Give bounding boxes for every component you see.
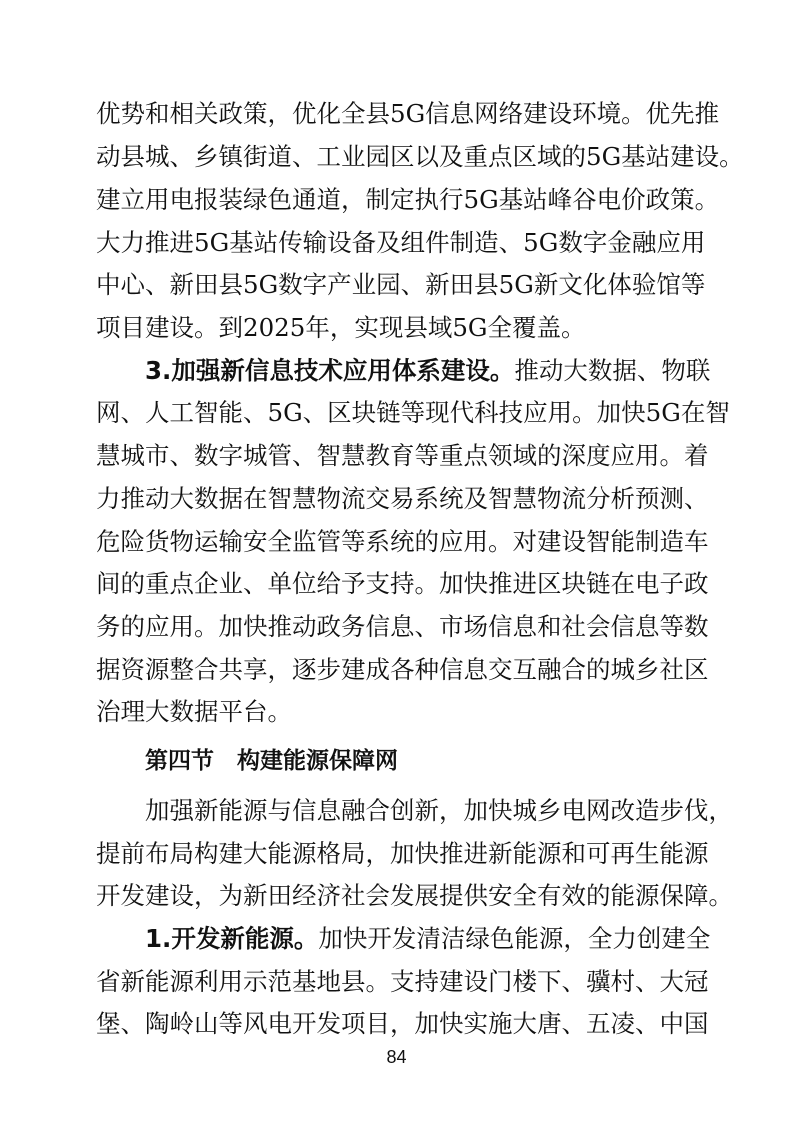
body-text-line: 危险货物运输安全监管等系统的应用。对建设智能制造车 (96, 526, 700, 558)
body-text-line: 慧城市、数字城管、智慧教育等重点领域的深度应用。着 (96, 440, 700, 472)
item-1-title: 1.开发新能源。 (145, 924, 318, 953)
body-text-line: 网、人工智能、5G、区块链等现代科技应用。加快5G在智 (96, 397, 700, 429)
item-3-title: 3.加强新信息技术应用体系建设。 (145, 356, 514, 385)
body-text-line: 治理大数据平台。 (96, 696, 700, 728)
document-page: 优势和相关政策，优化全县5G信息网络建设环境。优先推 动县城、乡镇街道、工业园区… (0, 0, 793, 1122)
section-heading: 第四节 构建能源保障网 (145, 745, 398, 777)
body-text-line: 间的重点企业、单位给予支持。加快推进区块链在电子政 (96, 568, 700, 600)
body-text-line: 提前布局构建大能源格局，加快推进新能源和可再生能源 (96, 838, 700, 870)
body-text-line: 项目建设。到2025年，实现县域5G全覆盖。 (96, 312, 700, 344)
body-text-line: 开发建设，为新田经济社会发展提供安全有效的能源保障。 (96, 880, 700, 912)
body-text-line: 力推动大数据在智慧物流交易系统及智慧物流分析预测、 (96, 483, 700, 515)
body-text-line: 省新能源利用示范基地县。支持建设门楼下、骥村、大冠 (96, 966, 700, 998)
body-text-line: 建立用电报装绿色通道，制定执行5G基站峰谷电价政策。 (96, 184, 700, 216)
body-text-line: 大力推进5G基站传输设备及组件制造、5G数字金融应用 (96, 227, 700, 259)
body-text-line: 据资源整合共享，逐步建成各种信息交互融合的城乡社区 (96, 654, 700, 686)
body-text-line: 优势和相关政策，优化全县5G信息网络建设环境。优先推 (96, 98, 700, 130)
page-number: 84 (0, 1046, 793, 1068)
body-text-line: 中心、新田县5G数字产业园、新田县5G新文化体验馆等 (96, 269, 700, 301)
body-text-line: 务的应用。加快推动政务信息、市场信息和社会信息等数 (96, 611, 700, 643)
body-text-line: 堡、陶岭山等风电开发项目，加快实施大唐、五凌、中国 (96, 1008, 700, 1040)
item-1-text: 加快开发清洁绿色能源，全力创建全 (318, 924, 710, 953)
item-1-first-line: 1.开发新能源。加快开发清洁绿色能源，全力创建全 (145, 923, 700, 955)
item-3-text: 推动大数据、物联 (514, 356, 710, 385)
body-text-line: 动县城、乡镇街道、工业园区以及重点区域的5G基站建设。 (96, 141, 700, 173)
item-3-first-line: 3.加强新信息技术应用体系建设。推动大数据、物联 (145, 355, 700, 387)
body-text-line: 加强新能源与信息融合创新，加快城乡电网改造步伐， (145, 795, 700, 827)
